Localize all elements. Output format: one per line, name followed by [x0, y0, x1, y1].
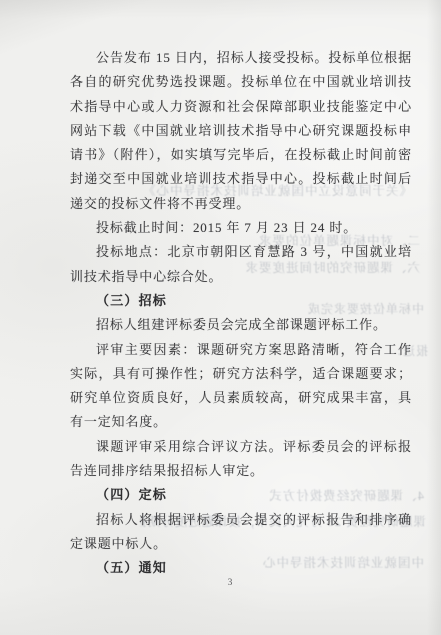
body-paragraph: 招标人将根据评标委员会提交的评标报告和排序确定课题中标人。	[70, 508, 412, 557]
section-heading: （三）招标	[70, 289, 412, 313]
body-paragraph: 投标截止时间：2015 年 7 月 23 日 24 时。	[70, 216, 412, 240]
body-paragraph: 公告发布 15 日内，招标人接受投标。投标单位根据各自的研究优势选投课题。投标单…	[70, 46, 412, 216]
page-number: 3	[0, 578, 441, 588]
scanned-document-page: 《关于同意设立中国就业培训技术指导中心》二、对中标课题单位的要求六、课题研究的时…	[0, 0, 441, 635]
body-paragraph: 课题评审采用综合评议方法。评标委员会的评标报告连同排序结果报招标人审定。	[70, 435, 412, 484]
document-body: 公告发布 15 日内，招标人接受投标。投标单位根据各自的研究优势选投课题。投标单…	[70, 46, 412, 581]
section-heading: （四）定标	[70, 483, 412, 507]
scan-edge-shadow	[427, 0, 441, 635]
body-paragraph: 评审主要因素：课题研究方案思路清晰，符合工作实际，具有可操作性；研究方法科学，适…	[70, 338, 412, 435]
body-paragraph: 招标人组建评标委员会完成全部课题评标工作。	[70, 313, 412, 337]
body-paragraph: 投标地点：北京市朝阳区育慧路 3 号，中国就业培训技术指导中心综合处。	[70, 240, 412, 289]
section-heading: （五）通知	[70, 556, 412, 580]
